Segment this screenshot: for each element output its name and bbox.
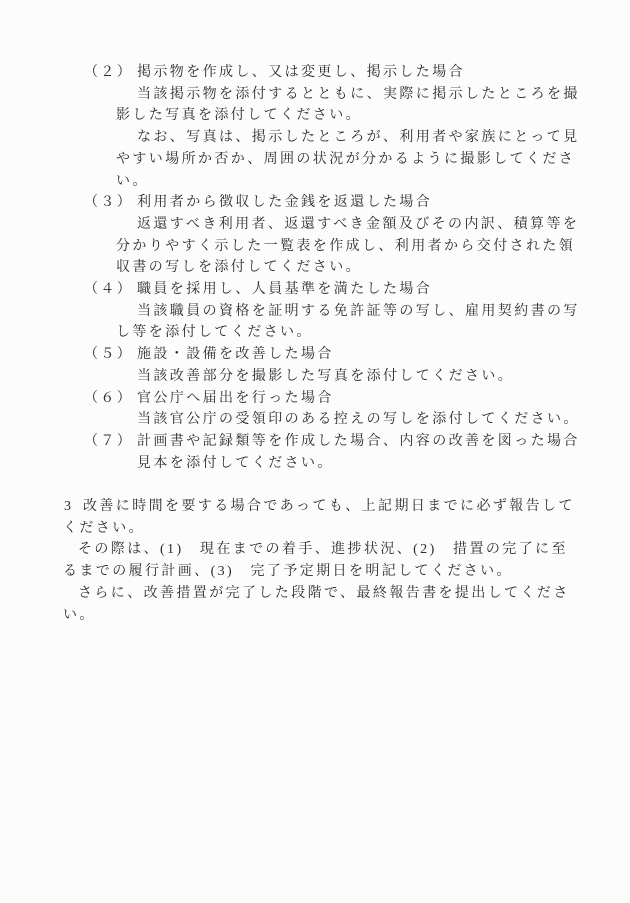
- text-line: 当該職員の資格を証明する免許証等の写し、雇用契約書の写: [137, 303, 580, 320]
- item-number: （７）: [84, 433, 133, 450]
- text-line: 当該掲示物を添付するとともに、実際に掲示したところを撮: [137, 86, 580, 103]
- item-number: （３）: [84, 194, 133, 211]
- text-line: ください。: [63, 520, 145, 537]
- item-number: （４）: [84, 281, 133, 298]
- text-line: 見本を添付してください。: [137, 455, 334, 472]
- text-line: 官公庁へ届出を行った場合: [137, 390, 334, 407]
- item-number: （２）: [84, 64, 133, 81]
- text-line: 当該官公庁の受領印のある控えの写しを添付してください。: [137, 411, 580, 428]
- text-line: い。: [63, 607, 96, 624]
- document-page: （２）掲示物を作成し、又は変更し、掲示した場合当該掲示物を添付するとともに、実際…: [0, 0, 630, 903]
- text-line: その際は、(1) 現在までの着手、進捗状況、(2) 措置の完了に至: [78, 541, 568, 558]
- item-number: （５）: [84, 346, 133, 363]
- text-line: い。: [116, 173, 149, 190]
- text-line: 改善に時間を要する場合であっても、上記期日までに必ず報告して: [83, 498, 575, 515]
- text-line: し等を添付してください。: [116, 324, 313, 341]
- text-line: 当該改善部分を撮影した写真を添付してください。: [137, 368, 514, 385]
- text-line: 利用者から徴収した金銭を返還した場合: [137, 194, 432, 211]
- text-line: 計画書や記録類等を作成した場合、内容の改善を図った場合: [137, 433, 580, 450]
- item-number: （６）: [84, 390, 133, 407]
- text-line: さらに、改善措置が完了した段階で、最終報告書を提出してくださ: [78, 585, 570, 602]
- text-line: 影した写真を添付してください。: [116, 107, 362, 124]
- text-line: 返還すべき利用者、返還すべき金額及びその内訳、積算等を: [137, 216, 579, 233]
- text-line: 施設・設備を改善した場合: [137, 346, 334, 363]
- item-number: 3: [64, 498, 73, 515]
- text-line: るまでの履行計画、(3) 完了予定期日を明記してください。: [63, 563, 513, 580]
- text-line: なお、写真は、掲示したところが、利用者や家族にとって見: [137, 129, 580, 146]
- text-line: 分かりやすく示した一覧表を作成し、利用者から交付された領: [116, 238, 575, 255]
- text-line: 掲示物を作成し、又は変更し、掲示した場合: [137, 64, 465, 81]
- text-line: 収書の写しを添付してください。: [116, 259, 362, 276]
- text-line: やすい場所か否か、周囲の状況が分かるように撮影してくださ: [116, 151, 575, 168]
- text-line: 職員を採用し、人員基準を満たした場合: [137, 281, 432, 298]
